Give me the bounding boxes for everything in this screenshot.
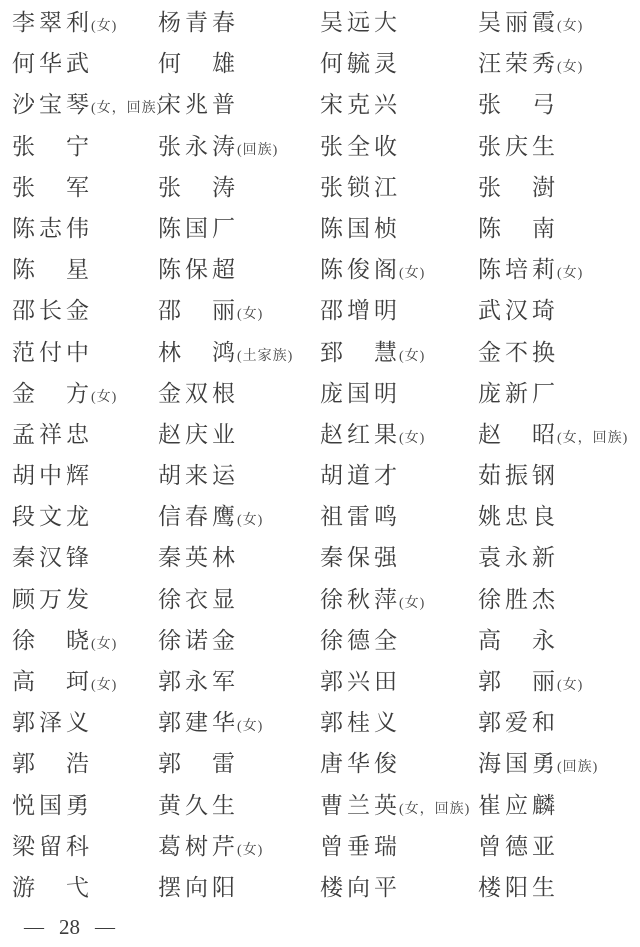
name-cell: 郭 浩 <box>12 743 158 788</box>
name-cell: 徐 晓(女) <box>12 620 158 665</box>
person-name: 徐德全 <box>320 628 401 653</box>
person-name: 宋克兴 <box>320 92 401 117</box>
name-cell: 何毓灵 <box>320 43 478 88</box>
name-cell: 高 永 <box>478 620 640 665</box>
person-name: 宋兆普 <box>158 92 239 117</box>
name-cell: 郭兴田 <box>320 661 478 706</box>
person-name: 张全收 <box>320 134 401 159</box>
name-row: 范付中林 鸿(土家族)郅 慧(女)金不换 <box>12 332 640 373</box>
person-name: 赵 昭 <box>478 422 559 447</box>
name-cell: 张 宁 <box>12 126 158 171</box>
name-cell: 李翠利(女) <box>12 2 158 47</box>
name-row: 金 方(女)金双根庞国明庞新厂 <box>12 373 640 414</box>
person-name: 徐胜杰 <box>478 587 559 612</box>
name-cell: 郭桂义 <box>320 702 478 747</box>
person-note: (女) <box>237 513 263 528</box>
person-name: 秦英林 <box>158 545 239 570</box>
person-name: 徐衣显 <box>158 587 239 612</box>
person-name: 吴丽霞 <box>478 10 559 35</box>
person-name: 崔应麟 <box>478 793 559 818</box>
name-row: 邵长金邵 丽(女)邵增明武汉琦 <box>12 290 640 331</box>
name-cell: 邵 丽(女) <box>158 290 320 335</box>
person-name: 郭 丽 <box>478 669 559 694</box>
person-note: (女) <box>399 431 425 446</box>
person-name: 摆向阳 <box>158 875 239 900</box>
name-row: 郭泽义郭建华(女)郭桂义郭爱和 <box>12 702 640 743</box>
person-name: 范付中 <box>12 340 93 365</box>
person-name: 曾德亚 <box>478 834 559 859</box>
person-name: 徐秋萍 <box>320 587 401 612</box>
name-cell: 陈保超 <box>158 249 320 294</box>
name-cell: 邵增明 <box>320 290 478 335</box>
name-row: 李翠利(女)杨青春吴远大吴丽霞(女) <box>12 2 640 43</box>
name-cell: 游 弋 <box>12 867 158 911</box>
person-name: 武汉琦 <box>478 298 559 323</box>
person-note: (女) <box>399 349 425 364</box>
name-cell: 郭泽义 <box>12 702 158 747</box>
person-note: (女) <box>557 60 583 75</box>
name-cell: 陈 南 <box>478 208 640 252</box>
person-name: 秦保强 <box>320 545 401 570</box>
name-row: 陈志伟陈国厂陈国桢陈 南 <box>12 208 640 249</box>
person-name: 陈国厂 <box>158 216 239 241</box>
person-name: 梁留科 <box>12 834 93 859</box>
name-cell: 楼向平 <box>320 867 478 911</box>
person-name: 张 弓 <box>478 92 559 117</box>
name-cell: 陈培莉(女) <box>478 249 640 294</box>
person-note: (女) <box>91 678 117 693</box>
person-name: 张 宁 <box>12 134 93 159</box>
person-name: 何 雄 <box>158 51 239 76</box>
person-note: (女，回族) <box>557 431 628 446</box>
person-name: 高 永 <box>478 628 559 653</box>
name-cell: 顾万发 <box>12 579 158 624</box>
name-cell: 陈志伟 <box>12 208 158 252</box>
name-list: 李翠利(女)杨青春吴远大吴丽霞(女)何华武何 雄何毓灵汪荣秀(女)沙宝琴(女，回… <box>0 0 640 908</box>
person-name: 郭兴田 <box>320 669 401 694</box>
name-cell: 杨青春 <box>158 2 320 47</box>
name-cell: 郭永军 <box>158 661 320 706</box>
name-cell: 姚忠良 <box>478 496 640 541</box>
person-note: (女) <box>91 637 117 652</box>
name-cell: 张全收 <box>320 126 478 171</box>
person-name: 高 珂 <box>12 669 93 694</box>
person-name: 曾垂瑞 <box>320 834 401 859</box>
person-name: 金不换 <box>478 340 559 365</box>
person-name: 游 弋 <box>12 875 93 900</box>
person-name: 郭爱和 <box>478 710 559 735</box>
person-name: 胡来运 <box>158 463 239 488</box>
name-cell: 陈国厂 <box>158 208 320 252</box>
name-cell: 张 澍 <box>478 167 640 211</box>
page-number: 28 <box>59 915 80 940</box>
name-cell: 葛树芹(女) <box>158 826 320 871</box>
name-cell: 张永涛(回族) <box>158 126 320 171</box>
person-name: 李翠利 <box>12 10 93 35</box>
name-row: 张 军张 涛张锁江张 澍 <box>12 167 640 208</box>
name-cell: 何 雄 <box>158 43 320 88</box>
name-cell: 郅 慧(女) <box>320 332 478 377</box>
name-cell: 郭爱和 <box>478 702 640 747</box>
name-cell: 梁留科 <box>12 826 158 871</box>
name-cell: 庞国明 <box>320 373 478 418</box>
person-name: 秦汉锋 <box>12 545 93 570</box>
name-cell: 楼阳生 <box>478 867 640 911</box>
name-cell: 陈俊阁(女) <box>320 249 478 294</box>
name-row: 游 弋摆向阳楼向平楼阳生 <box>12 867 640 908</box>
person-name: 吴远大 <box>320 10 401 35</box>
name-cell: 郭 雷 <box>158 743 320 788</box>
person-name: 顾万发 <box>12 587 93 612</box>
person-name: 郭建华 <box>158 710 239 735</box>
name-row: 何华武何 雄何毓灵汪荣秀(女) <box>12 43 640 84</box>
person-name: 祖雷鸣 <box>320 504 401 529</box>
person-name: 陈 南 <box>478 216 559 241</box>
name-cell: 张庆生 <box>478 126 640 171</box>
person-note: (女) <box>557 266 583 281</box>
person-name: 徐 晓 <box>12 628 93 653</box>
name-cell: 祖雷鸣 <box>320 496 478 541</box>
person-name: 庞国明 <box>320 381 401 406</box>
name-cell: 茹振钢 <box>478 455 640 499</box>
name-cell: 袁永新 <box>478 537 640 581</box>
person-name: 海国勇 <box>478 751 559 776</box>
person-name: 陈保超 <box>158 257 239 282</box>
person-name: 杨青春 <box>158 10 239 35</box>
name-cell: 曾德亚 <box>478 826 640 871</box>
person-name: 庞新厂 <box>478 381 559 406</box>
person-note: (女) <box>91 19 117 34</box>
person-note: (女) <box>557 678 583 693</box>
person-name: 张 澍 <box>478 175 559 200</box>
person-note: (土家族) <box>237 349 293 364</box>
person-note: (女) <box>399 266 425 281</box>
name-cell: 庞新厂 <box>478 373 640 418</box>
person-name: 郭泽义 <box>12 710 93 735</box>
name-cell: 汪荣秀(女) <box>478 43 640 88</box>
name-cell: 徐诺金 <box>158 620 320 665</box>
name-row: 郭 浩郭 雷唐华俊海国勇(回族) <box>12 743 640 784</box>
person-note: (女) <box>91 390 117 405</box>
person-name: 胡道才 <box>320 463 401 488</box>
name-cell: 宋兆普 <box>158 84 320 129</box>
person-name: 楼阳生 <box>478 875 559 900</box>
person-name: 曹兰英 <box>320 793 401 818</box>
name-cell: 黄久生 <box>158 785 320 830</box>
name-cell: 曹兰英(女，回族) <box>320 785 478 830</box>
name-row: 悦国勇黄久生曹兰英(女，回族)崔应麟 <box>12 785 640 826</box>
person-name: 金 方 <box>12 381 93 406</box>
name-cell: 宋克兴 <box>320 84 478 129</box>
name-cell: 陈 星 <box>12 249 158 294</box>
name-row: 陈 星陈保超陈俊阁(女)陈培莉(女) <box>12 249 640 290</box>
name-cell: 徐衣显 <box>158 579 320 624</box>
name-row: 孟祥忠赵庆业赵红果(女)赵 昭(女，回族) <box>12 414 640 455</box>
name-cell: 胡中辉 <box>12 455 158 499</box>
person-name: 金双根 <box>158 381 239 406</box>
footer-dash-left: — <box>24 916 44 939</box>
name-cell: 邵长金 <box>12 290 158 335</box>
name-cell: 赵 昭(女，回族) <box>478 414 640 459</box>
name-cell: 徐德全 <box>320 620 478 665</box>
person-note: (女) <box>237 719 263 734</box>
person-name: 赵庆业 <box>158 422 239 447</box>
person-name: 姚忠良 <box>478 504 559 529</box>
name-cell: 徐胜杰 <box>478 579 640 624</box>
person-name: 葛树芹 <box>158 834 239 859</box>
name-cell: 胡道才 <box>320 455 478 499</box>
person-note: (女，回族) <box>91 101 162 116</box>
name-cell: 陈国桢 <box>320 208 478 252</box>
person-note: (女) <box>237 843 263 858</box>
person-name: 张 军 <box>12 175 93 200</box>
person-note: (回族) <box>237 143 278 158</box>
person-name: 陈培莉 <box>478 257 559 282</box>
name-cell: 张 军 <box>12 167 158 211</box>
person-name: 唐华俊 <box>320 751 401 776</box>
person-name: 悦国勇 <box>12 793 93 818</box>
name-row: 秦汉锋秦英林秦保强袁永新 <box>12 537 640 578</box>
person-name: 邵增明 <box>320 298 401 323</box>
person-name: 陈国桢 <box>320 216 401 241</box>
name-row: 段文龙信春鹰(女)祖雷鸣姚忠良 <box>12 496 640 537</box>
document-page: 李翠利(女)杨青春吴远大吴丽霞(女)何华武何 雄何毓灵汪荣秀(女)沙宝琴(女，回… <box>0 0 640 947</box>
name-row: 徐 晓(女)徐诺金徐德全高 永 <box>12 620 640 661</box>
person-name: 孟祥忠 <box>12 422 93 447</box>
name-cell: 摆向阳 <box>158 867 320 911</box>
person-note: (回族) <box>557 760 598 775</box>
name-cell: 信春鹰(女) <box>158 496 320 541</box>
person-name: 林 鸿 <box>158 340 239 365</box>
name-cell: 张 涛 <box>158 167 320 211</box>
name-cell: 沙宝琴(女，回族) <box>12 84 158 129</box>
name-cell: 张锁江 <box>320 167 478 211</box>
name-cell: 何华武 <box>12 43 158 88</box>
name-row: 顾万发徐衣显徐秋萍(女)徐胜杰 <box>12 579 640 620</box>
person-note: (女) <box>237 307 263 322</box>
person-name: 张庆生 <box>478 134 559 159</box>
person-name: 张锁江 <box>320 175 401 200</box>
name-cell: 郭 丽(女) <box>478 661 640 706</box>
person-name: 茹振钢 <box>478 463 559 488</box>
person-name: 邵长金 <box>12 298 93 323</box>
name-cell: 曾垂瑞 <box>320 826 478 871</box>
name-cell: 张 弓 <box>478 84 640 129</box>
name-cell: 吴远大 <box>320 2 478 47</box>
name-cell: 吴丽霞(女) <box>478 2 640 47</box>
name-cell: 赵庆业 <box>158 414 320 459</box>
name-row: 张 宁张永涛(回族)张全收张庆生 <box>12 126 640 167</box>
name-cell: 唐华俊 <box>320 743 478 788</box>
name-cell: 林 鸿(土家族) <box>158 332 320 377</box>
person-name: 信春鹰 <box>158 504 239 529</box>
footer-dash-right: — <box>95 916 115 939</box>
name-cell: 秦英林 <box>158 537 320 581</box>
name-cell: 高 珂(女) <box>12 661 158 706</box>
person-name: 郭 雷 <box>158 751 239 776</box>
person-name: 胡中辉 <box>12 463 93 488</box>
name-cell: 秦汉锋 <box>12 537 158 581</box>
person-name: 郅 慧 <box>320 340 401 365</box>
name-cell: 范付中 <box>12 332 158 377</box>
person-name: 郭桂义 <box>320 710 401 735</box>
name-row: 沙宝琴(女，回族)宋兆普宋克兴张 弓 <box>12 84 640 125</box>
name-cell: 金 方(女) <box>12 373 158 418</box>
name-cell: 徐秋萍(女) <box>320 579 478 624</box>
person-note: (女) <box>557 19 583 34</box>
person-name: 赵红果 <box>320 422 401 447</box>
person-name: 徐诺金 <box>158 628 239 653</box>
person-note: (女，回族) <box>399 802 470 817</box>
name-cell: 胡来运 <box>158 455 320 499</box>
person-name: 陈 星 <box>12 257 93 282</box>
name-cell: 秦保强 <box>320 537 478 581</box>
person-name: 陈俊阁 <box>320 257 401 282</box>
person-name: 邵 丽 <box>158 298 239 323</box>
name-cell: 郭建华(女) <box>158 702 320 747</box>
person-name: 汪荣秀 <box>478 51 559 76</box>
name-cell: 赵红果(女) <box>320 414 478 459</box>
name-row: 梁留科葛树芹(女)曾垂瑞曾德亚 <box>12 826 640 867</box>
person-name: 袁永新 <box>478 545 559 570</box>
person-name: 郭 浩 <box>12 751 93 776</box>
name-cell: 金双根 <box>158 373 320 418</box>
person-name: 黄久生 <box>158 793 239 818</box>
person-name: 张永涛 <box>158 134 239 159</box>
person-name: 沙宝琴 <box>12 92 93 117</box>
person-name: 郭永军 <box>158 669 239 694</box>
person-name: 楼向平 <box>320 875 401 900</box>
name-cell: 崔应麟 <box>478 785 640 830</box>
person-name: 张 涛 <box>158 175 239 200</box>
name-row: 胡中辉胡来运胡道才茹振钢 <box>12 455 640 496</box>
name-cell: 段文龙 <box>12 496 158 541</box>
name-cell: 悦国勇 <box>12 785 158 830</box>
name-cell: 孟祥忠 <box>12 414 158 459</box>
person-note: (女) <box>399 596 425 611</box>
name-row: 高 珂(女)郭永军郭兴田郭 丽(女) <box>12 661 640 702</box>
person-name: 段文龙 <box>12 504 93 529</box>
name-cell: 武汉琦 <box>478 290 640 335</box>
name-cell: 海国勇(回族) <box>478 743 640 788</box>
page-footer: — 28 — <box>0 908 640 947</box>
person-name: 陈志伟 <box>12 216 93 241</box>
person-name: 何毓灵 <box>320 51 401 76</box>
name-cell: 金不换 <box>478 332 640 377</box>
person-name: 何华武 <box>12 51 93 76</box>
